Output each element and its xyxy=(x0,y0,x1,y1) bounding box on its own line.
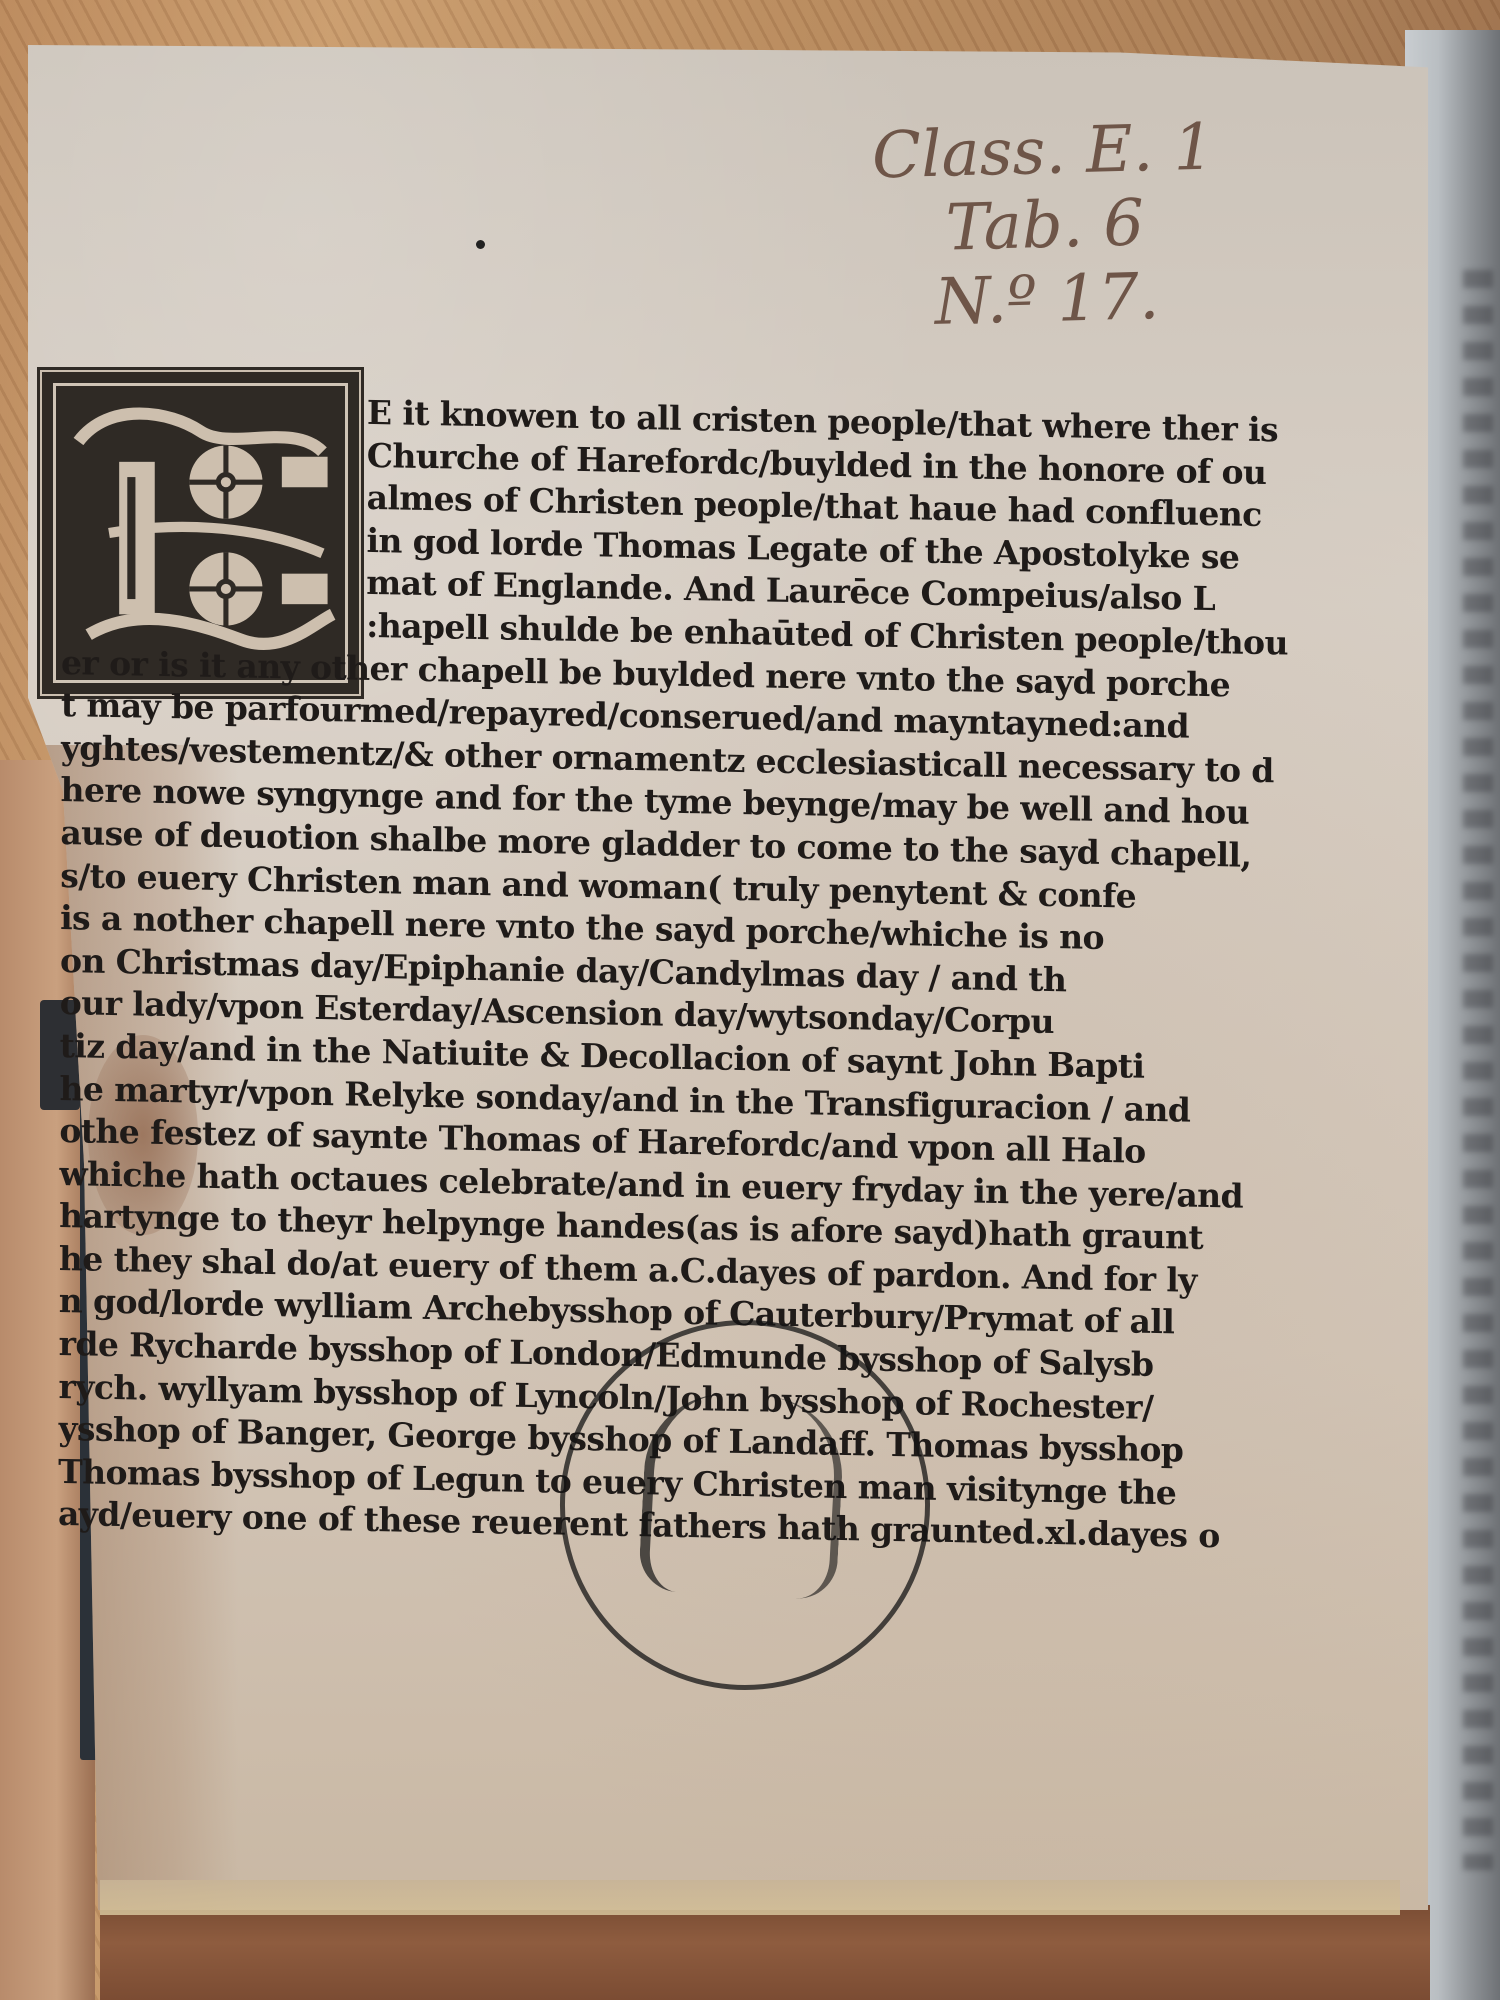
shelfmark-number: N.º 17. xyxy=(831,257,1263,342)
stamp-emblem-icon xyxy=(638,1390,846,1600)
shelfmark-tab: Tab. 6 xyxy=(829,183,1261,268)
facing-page-text xyxy=(1463,270,1493,1870)
page-bottom-edge xyxy=(100,1880,1400,1915)
wooden-table-bottom xyxy=(100,1905,1430,2000)
ink-dot xyxy=(476,240,485,249)
shelfmark-class: Class. E. 1 xyxy=(827,109,1259,194)
handwritten-shelfmark: Class. E. 1 Tab. 6 N.º 17. xyxy=(827,109,1263,342)
